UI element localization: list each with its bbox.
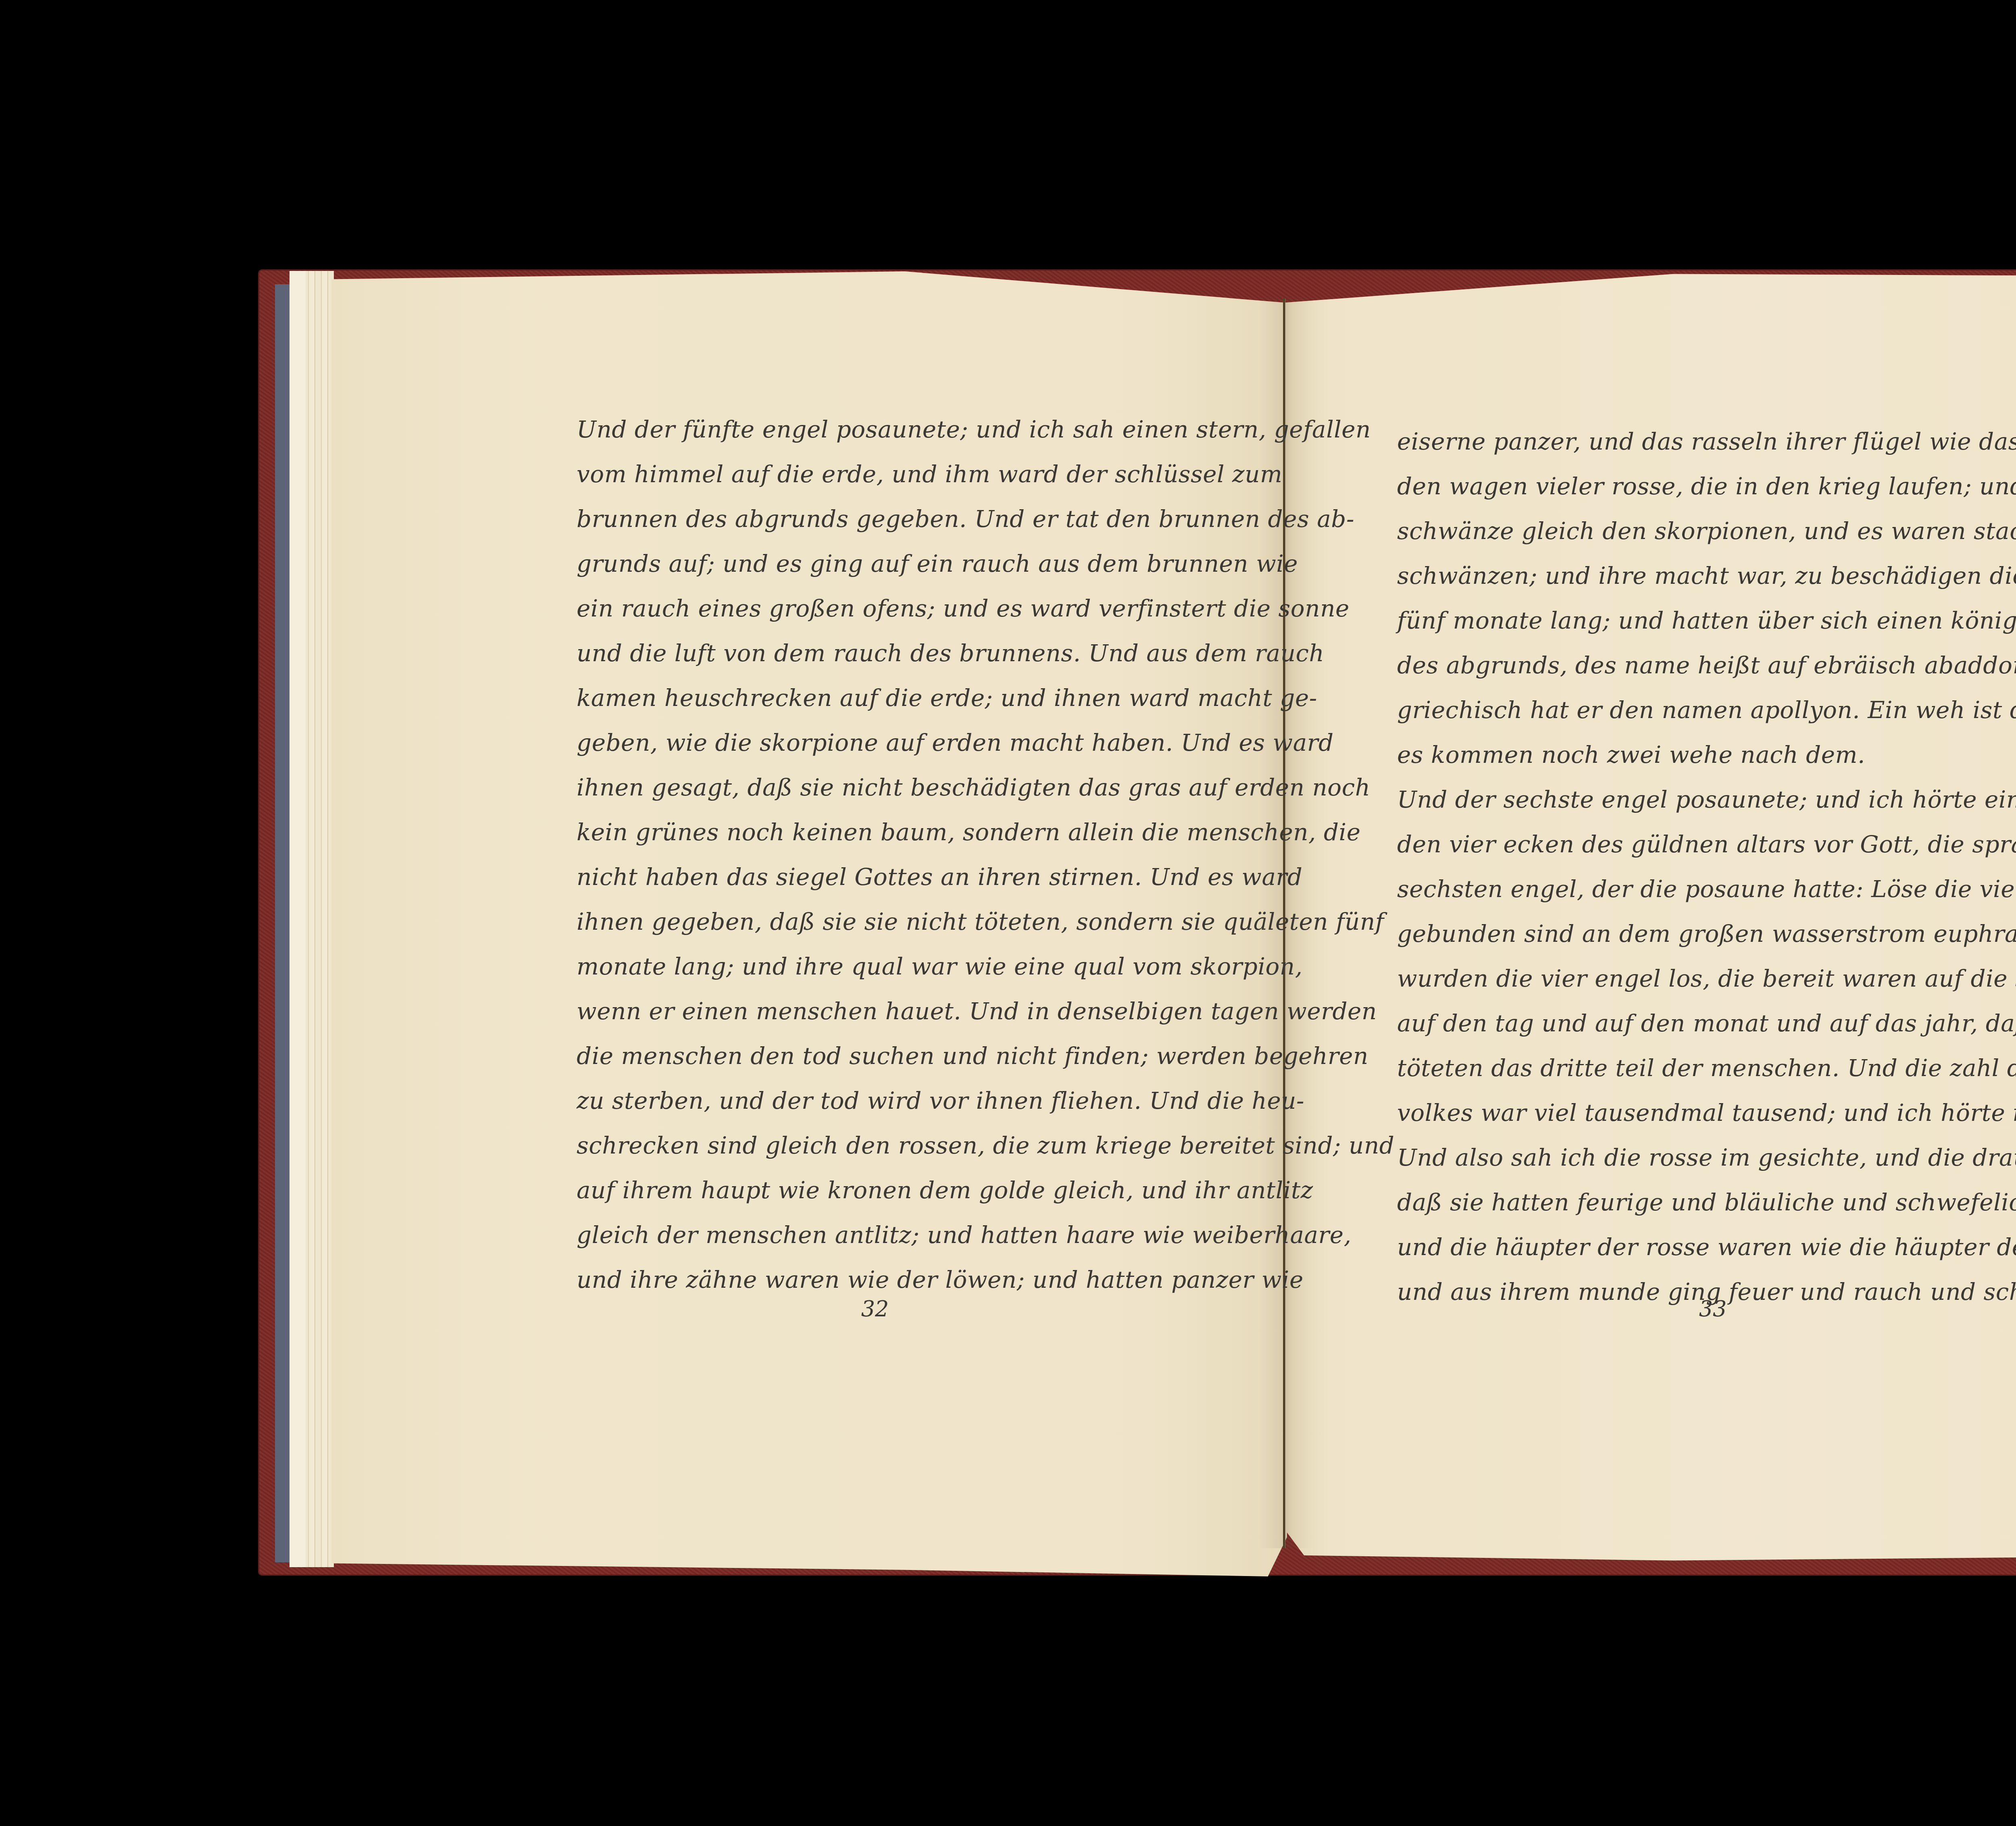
text-line: kein grünes noch keinen baum, sondern al…	[577, 810, 1206, 855]
text-line: und die luft von dem rauch des brunnens.…	[577, 631, 1206, 676]
text-line: gebunden sind an dem großen wasserstrom …	[1397, 912, 2016, 956]
text-line: des abgrunds, des name heißt auf ebräisc…	[1397, 643, 2016, 688]
left-page-stack	[289, 271, 334, 1567]
text-line: und die häupter der rosse waren wie die …	[1397, 1225, 2016, 1270]
text-line: und ihre zähne waren wie der löwen; und …	[577, 1258, 1206, 1302]
text-line: griechisch hat er den namen apollyon. Ei…	[1397, 688, 2016, 733]
text-line: auf den tag und auf den monat und auf da…	[1397, 1001, 2016, 1046]
text-line: geben, wie die skorpione auf erden macht…	[577, 720, 1206, 765]
text-line: monate lang; und ihre qual war wie eine …	[577, 944, 1206, 989]
page-number-right: 33	[1672, 1296, 1753, 1322]
text-line: eiserne panzer, und das rasseln ihrer fl…	[1397, 419, 2016, 464]
text-line: ihnen gegeben, daß sie sie nicht töteten…	[577, 899, 1206, 944]
text-line: volkes war viel tausendmal tausend; und …	[1397, 1091, 2016, 1135]
text-line: fünf monate lang; und hatten über sich e…	[1397, 598, 2016, 643]
text-line: die menschen den tod suchen und nicht fi…	[577, 1034, 1206, 1079]
text-line: den wagen vieler rosse, die in den krieg…	[1397, 464, 2016, 509]
photo-background: Und der fünfte engel posaunete; und ich …	[0, 0, 2016, 1826]
text-line: wurden die vier engel los, die bereit wa…	[1397, 956, 2016, 1001]
text-line: gleich der menschen antlitz; und hatten …	[577, 1213, 1206, 1258]
text-line: brunnen des abgrunds gegeben. Und er tat…	[577, 497, 1206, 541]
text-line: ein rauch eines großen ofens; und es war…	[577, 586, 1206, 631]
left-endpaper	[275, 284, 291, 1562]
text-line: kamen heuschrecken auf die erde; und ihn…	[577, 676, 1206, 720]
text-line: auf ihrem haupt wie kronen dem golde gle…	[577, 1168, 1206, 1213]
text-line: schwänze gleich den skorpionen, und es w…	[1397, 509, 2016, 554]
text-line: wenn er einen menschen hauet. Und in den…	[577, 989, 1206, 1034]
text-line: ihnen gesagt, daß sie nicht beschädigten…	[577, 765, 1206, 810]
text-line: schrecken sind gleich den rossen, die zu…	[577, 1123, 1206, 1168]
text-line: Und also sah ich die rosse im gesichte, …	[1397, 1135, 2016, 1180]
text-line: vom himmel auf die erde, und ihm ward de…	[577, 452, 1206, 497]
text-line: nicht haben das siegel Gottes an ihren s…	[577, 855, 1206, 899]
text-line: es kommen noch zwei wehe nach dem.	[1397, 733, 2016, 777]
text-line: töteten das dritte teil der menschen. Un…	[1397, 1046, 2016, 1091]
text-line: sechsten engel, der die posaune hatte: L…	[1397, 867, 2016, 912]
right-page-text: eiserne panzer, und das rasseln ihrer fl…	[1397, 419, 2016, 1314]
text-line: daß sie hatten feurige und bläuliche und…	[1397, 1180, 2016, 1225]
text-line: Und der fünfte engel posaunete; und ich …	[577, 407, 1206, 452]
left-page-text: Und der fünfte engel posaunete; und ich …	[577, 407, 1206, 1302]
text-line: Und der sechste engel posaunete; und ich…	[1397, 777, 2016, 822]
text-line: schwänzen; und ihre macht war, zu beschä…	[1397, 554, 2016, 598]
page-number-left: 32	[835, 1296, 915, 1322]
text-line: zu sterben, und der tod wird vor ihnen f…	[577, 1079, 1206, 1123]
text-line: grunds auf; und es ging auf ein rauch au…	[577, 541, 1206, 586]
text-line: den vier ecken des güldnen altars vor Go…	[1397, 822, 2016, 867]
